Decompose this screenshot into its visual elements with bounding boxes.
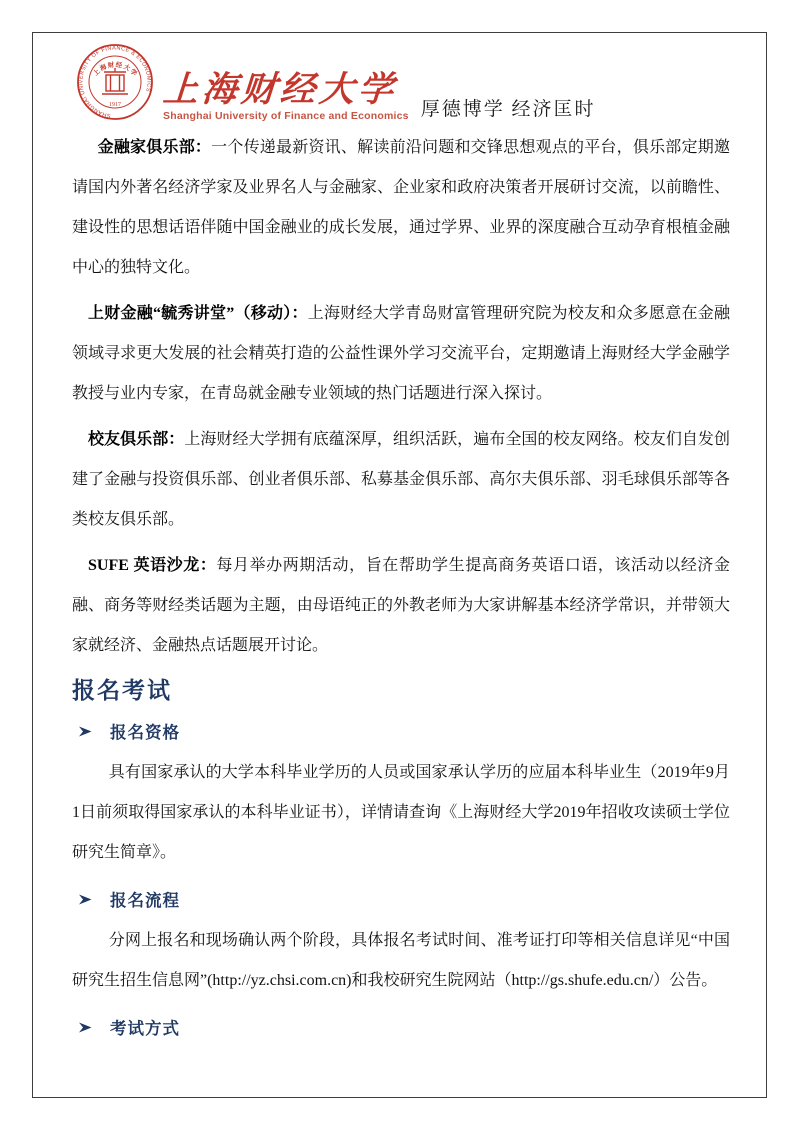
bullet-label: 报名资格 [110,719,180,743]
bullet-item-procedure: 报名流程 [78,887,730,911]
paragraph-financiers-club: 金融家俱乐部：一个传递最新资讯、解读前沿问题和交锋思想观点的平台，俱乐部定期邀请… [72,128,730,288]
paragraph-lead: 金融家俱乐部： [98,139,212,156]
university-name-en: Shanghai University of Finance and Econo… [163,110,409,122]
paragraph-procedure-body: 分网上报名和现场确认两个阶段，具体报名考试时间、准考证打印等相关信息详见“中国研… [72,921,730,1001]
letterhead: SHANGHAI UNIVERSITY OF FINANCE & ECONOMI… [75,42,730,122]
arrow-bullet-icon [78,724,93,739]
university-motto: 厚德博学 经济匡时 [421,94,596,121]
university-name-cn: 上海财经大学 [162,71,410,110]
paragraph-yuxiu-lecture: 上财金融“毓秀讲堂”（移动）：上海财经大学青岛财富管理研究院为校友和众多愿意在金… [72,294,730,414]
section-heading-registration-exam: 报名考试 [72,672,730,705]
arrow-bullet-icon [78,1020,93,1035]
seal-building-icon [102,68,128,94]
document-page: SHANGHAI UNIVERSITY OF FINANCE & ECONOMI… [72,42,730,1049]
paragraph-alumni-club: 校友俱乐部：上海财经大学拥有底蕴深厚，组织活跃，遍布全国的校友网络。校友们自发创… [72,420,730,540]
bullet-label: 考试方式 [110,1015,180,1039]
paragraph-lead: SUFE 英语沙龙： [88,557,216,574]
bullet-label: 报名流程 [110,887,180,911]
university-seal-icon: SHANGHAI UNIVERSITY OF FINANCE & ECONOMI… [75,42,155,122]
paragraph-lead: 上财金融“毓秀讲堂”（移动）： [88,305,308,322]
paragraph-lead: 校友俱乐部： [88,431,184,448]
brand-block: 上海财经大学 Shanghai University of Finance an… [163,71,409,123]
bullet-item-exam-method: 考试方式 [78,1015,730,1039]
bullet-item-qualification: 报名资格 [78,719,730,743]
seal-year: 1917 [109,102,121,108]
paragraph-text: 一个传递最新资讯、解读前沿问题和交锋思想观点的平台，俱乐部定期邀请国内外著名经济… [72,139,730,276]
arrow-bullet-icon [78,892,93,907]
paragraph-english-salon: SUFE 英语沙龙：每月举办两期活动，旨在帮助学生提高商务英语口语，该活动以经济… [72,546,730,666]
paragraph-qualification-body: 具有国家承认的大学本科毕业学历的人员或国家承认学历的应届本科毕业生（2019年9… [72,753,730,873]
